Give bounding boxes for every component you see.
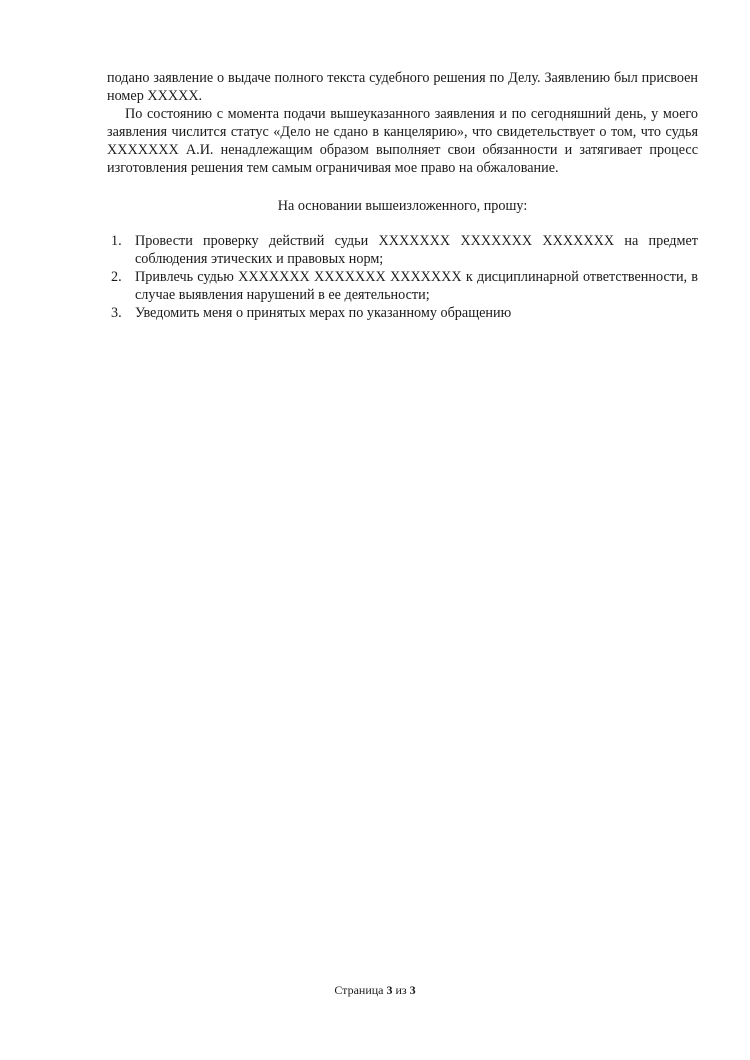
request-item: 3. Уведомить меня о принятых мерах по ук… <box>107 304 698 322</box>
request-number: 2. <box>111 268 122 286</box>
request-number: 1. <box>111 232 122 250</box>
request-text: Провести проверку действий судьи XXXXXXX… <box>135 233 698 267</box>
request-item: 2. Привлечь судью XXXXXXX XXXXXXX XXXXXX… <box>107 268 698 304</box>
request-text: Привлечь судью XXXXXXX XXXXXXX XXXXXXX к… <box>135 269 698 303</box>
request-heading: На основании вышеизложенного, прошу: <box>107 197 698 215</box>
document-page: подано заявление о выдаче полного текста… <box>0 0 750 1060</box>
request-list: 1. Провести проверку действий судьи XXXX… <box>107 232 698 322</box>
request-item: 1. Провести проверку действий судьи XXXX… <box>107 232 698 268</box>
page-footer: Страница 3 из 3 <box>0 982 750 998</box>
request-text: Уведомить меня о принятых мерах по указа… <box>135 305 511 321</box>
current-page-number: 3 <box>386 983 392 997</box>
paragraph-application-number: подано заявление о выдаче полного текста… <box>107 69 698 105</box>
paragraph-status-complaint: По состоянию с момента подачи вышеуказан… <box>107 105 698 177</box>
request-number: 3. <box>111 304 122 322</box>
page-label: Страница <box>334 983 383 997</box>
of-label: из <box>395 983 406 997</box>
total-pages-number: 3 <box>410 983 416 997</box>
document-body: подано заявление о выдаче полного текста… <box>107 69 698 322</box>
